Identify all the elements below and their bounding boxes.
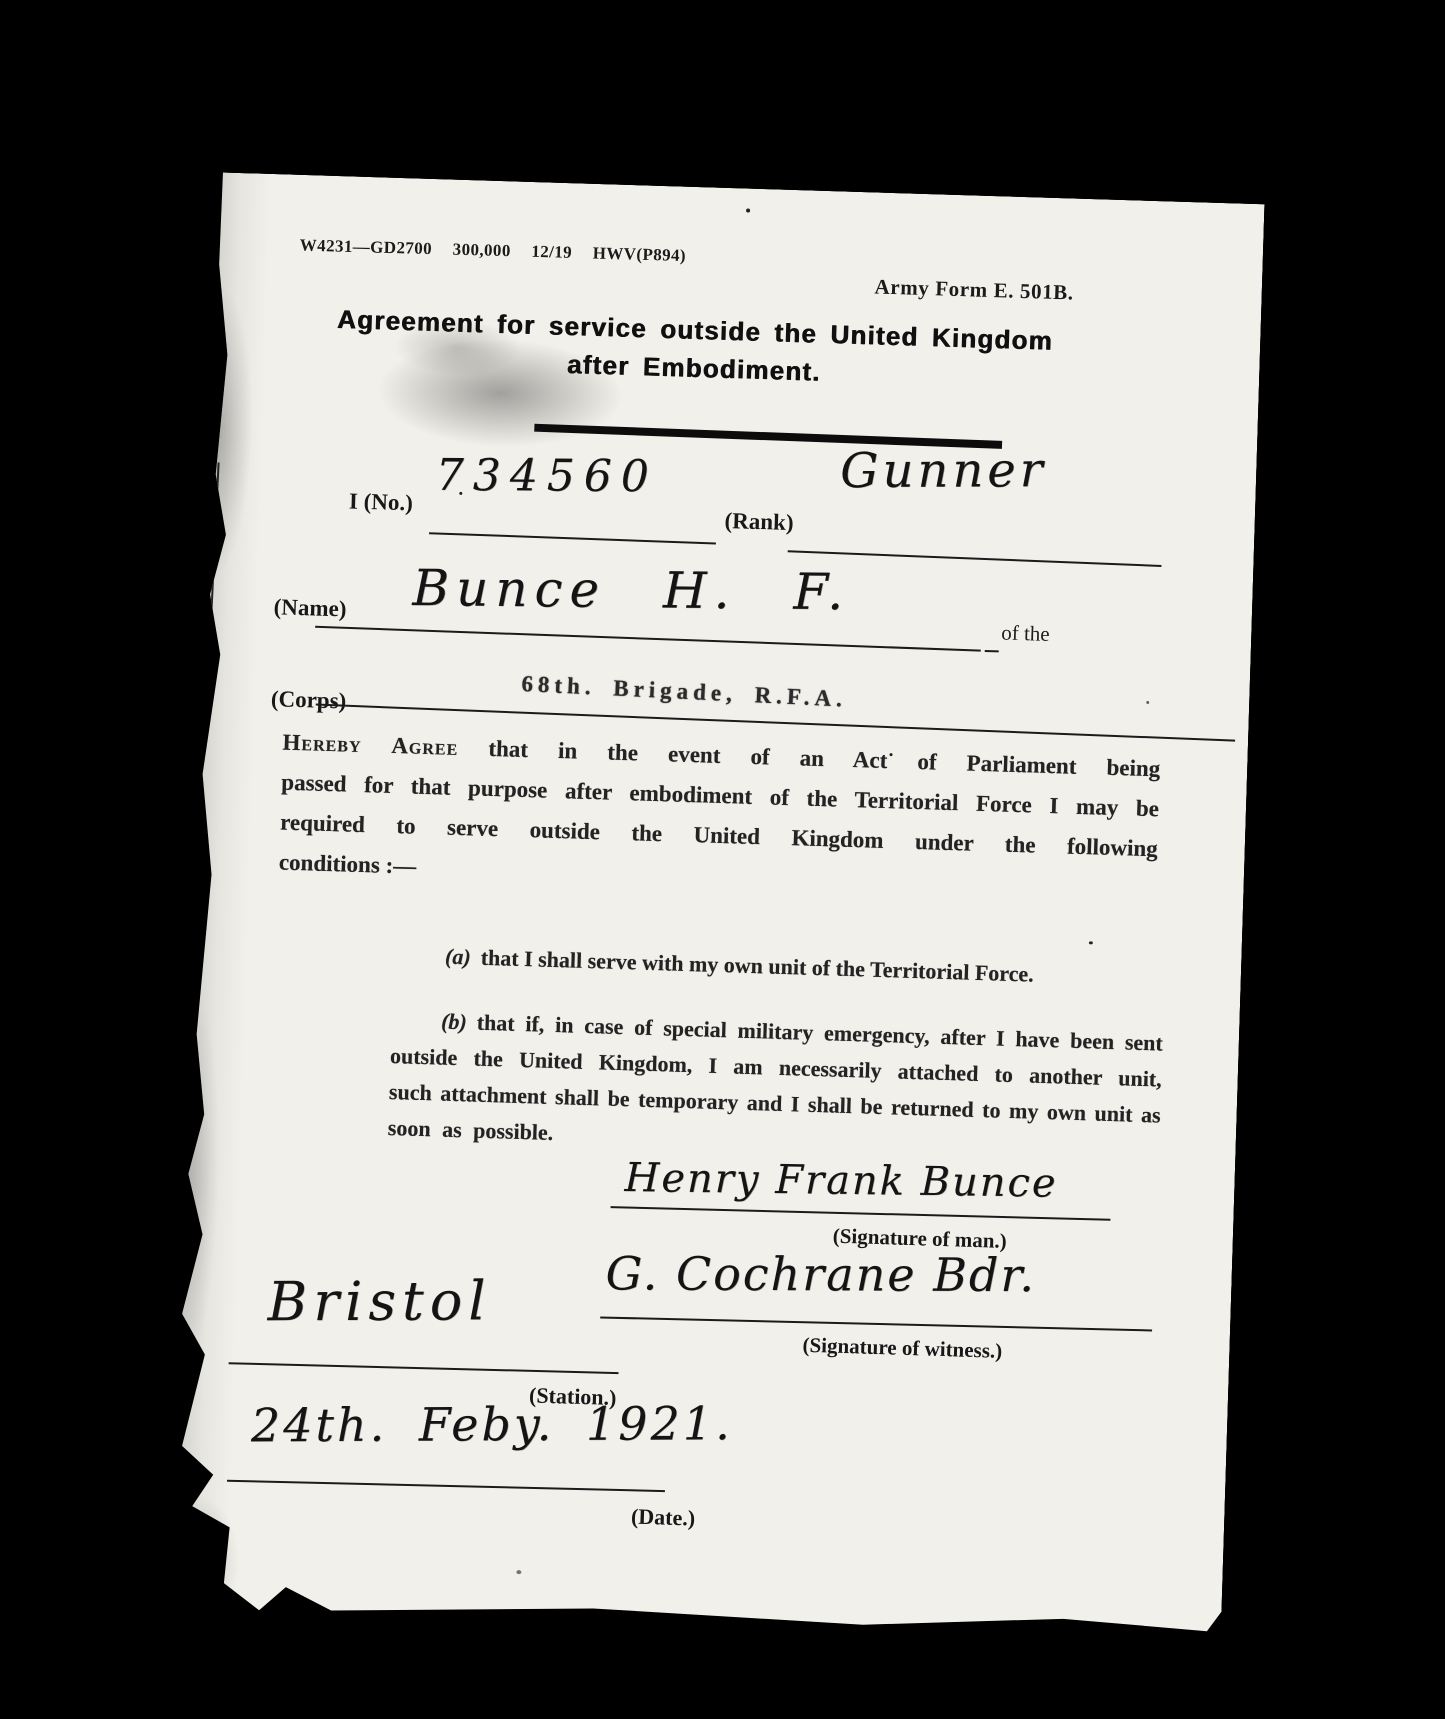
station-handwritten-value: Bristol	[267, 1269, 491, 1333]
clause-b: (b)that if, in case of special military …	[387, 1002, 1163, 1170]
document-page: W4231—GD2700 300,000 12/19 HWV(P894) Arm…	[163, 172, 1264, 1644]
man-signature-handwritten: Henry Frank Bunce	[624, 1155, 1058, 1207]
scan-background: W4231—GD2700 300,000 12/19 HWV(P894) Arm…	[0, 0, 1445, 1719]
clause-a-marker: (a)	[445, 944, 471, 970]
print-code: W4231—GD2700 300,000 12/19 HWV(P894)	[300, 236, 687, 266]
witness-signature-underline	[600, 1316, 1152, 1331]
name-field-label: (Name)	[273, 594, 347, 622]
witness-signature-handwritten: G. Cochrane Bdr.	[606, 1246, 1037, 1302]
clause-a: (a)that I shall serve with my own unit o…	[445, 942, 1161, 994]
clause-a-text: that I shall serve with my own unit of t…	[480, 945, 1034, 987]
paper-crease-line	[209, 462, 219, 632]
corps-field-label: (Corps)	[271, 686, 347, 714]
rank-handwritten-value: Gunner	[840, 442, 1047, 499]
date-label: (Date.)	[558, 1501, 769, 1533]
clause-b-marker: (b)	[441, 1009, 467, 1035]
ink-speck	[459, 492, 462, 495]
form-number: Army Form E. 501B.	[823, 273, 1074, 306]
ink-speck	[516, 1570, 521, 1574]
rank-field-label: (Rank)	[724, 508, 794, 536]
hereby-agree-lead: Hereby Agree	[282, 730, 458, 760]
ink-speck	[1146, 701, 1149, 704]
man-signature-underline	[611, 1206, 1111, 1221]
name-underline-short	[985, 650, 999, 652]
date-underline	[227, 1480, 665, 1492]
number-handwritten-value: 734560	[436, 450, 658, 502]
of-the-label: of the	[1001, 620, 1050, 646]
corps-stamped-value: 68th. Brigade, R.F.A.	[521, 671, 848, 713]
date-handwritten-value: 24th. Feby. 1921.	[251, 1396, 733, 1452]
name-underline	[315, 626, 981, 652]
witness-signature-label: (Signature of witness.)	[727, 1330, 1078, 1366]
station-underline	[229, 1362, 619, 1374]
number-underline	[429, 532, 716, 544]
ink-speck	[746, 208, 750, 212]
ink-speck	[1089, 941, 1093, 944]
number-field-label: I (No.)	[349, 488, 414, 516]
ink-speck	[889, 753, 892, 756]
agreement-paragraph: Hereby Agree that in the event of an Act…	[278, 723, 1160, 910]
name-handwritten-value: Bunce H. F.	[412, 559, 850, 621]
